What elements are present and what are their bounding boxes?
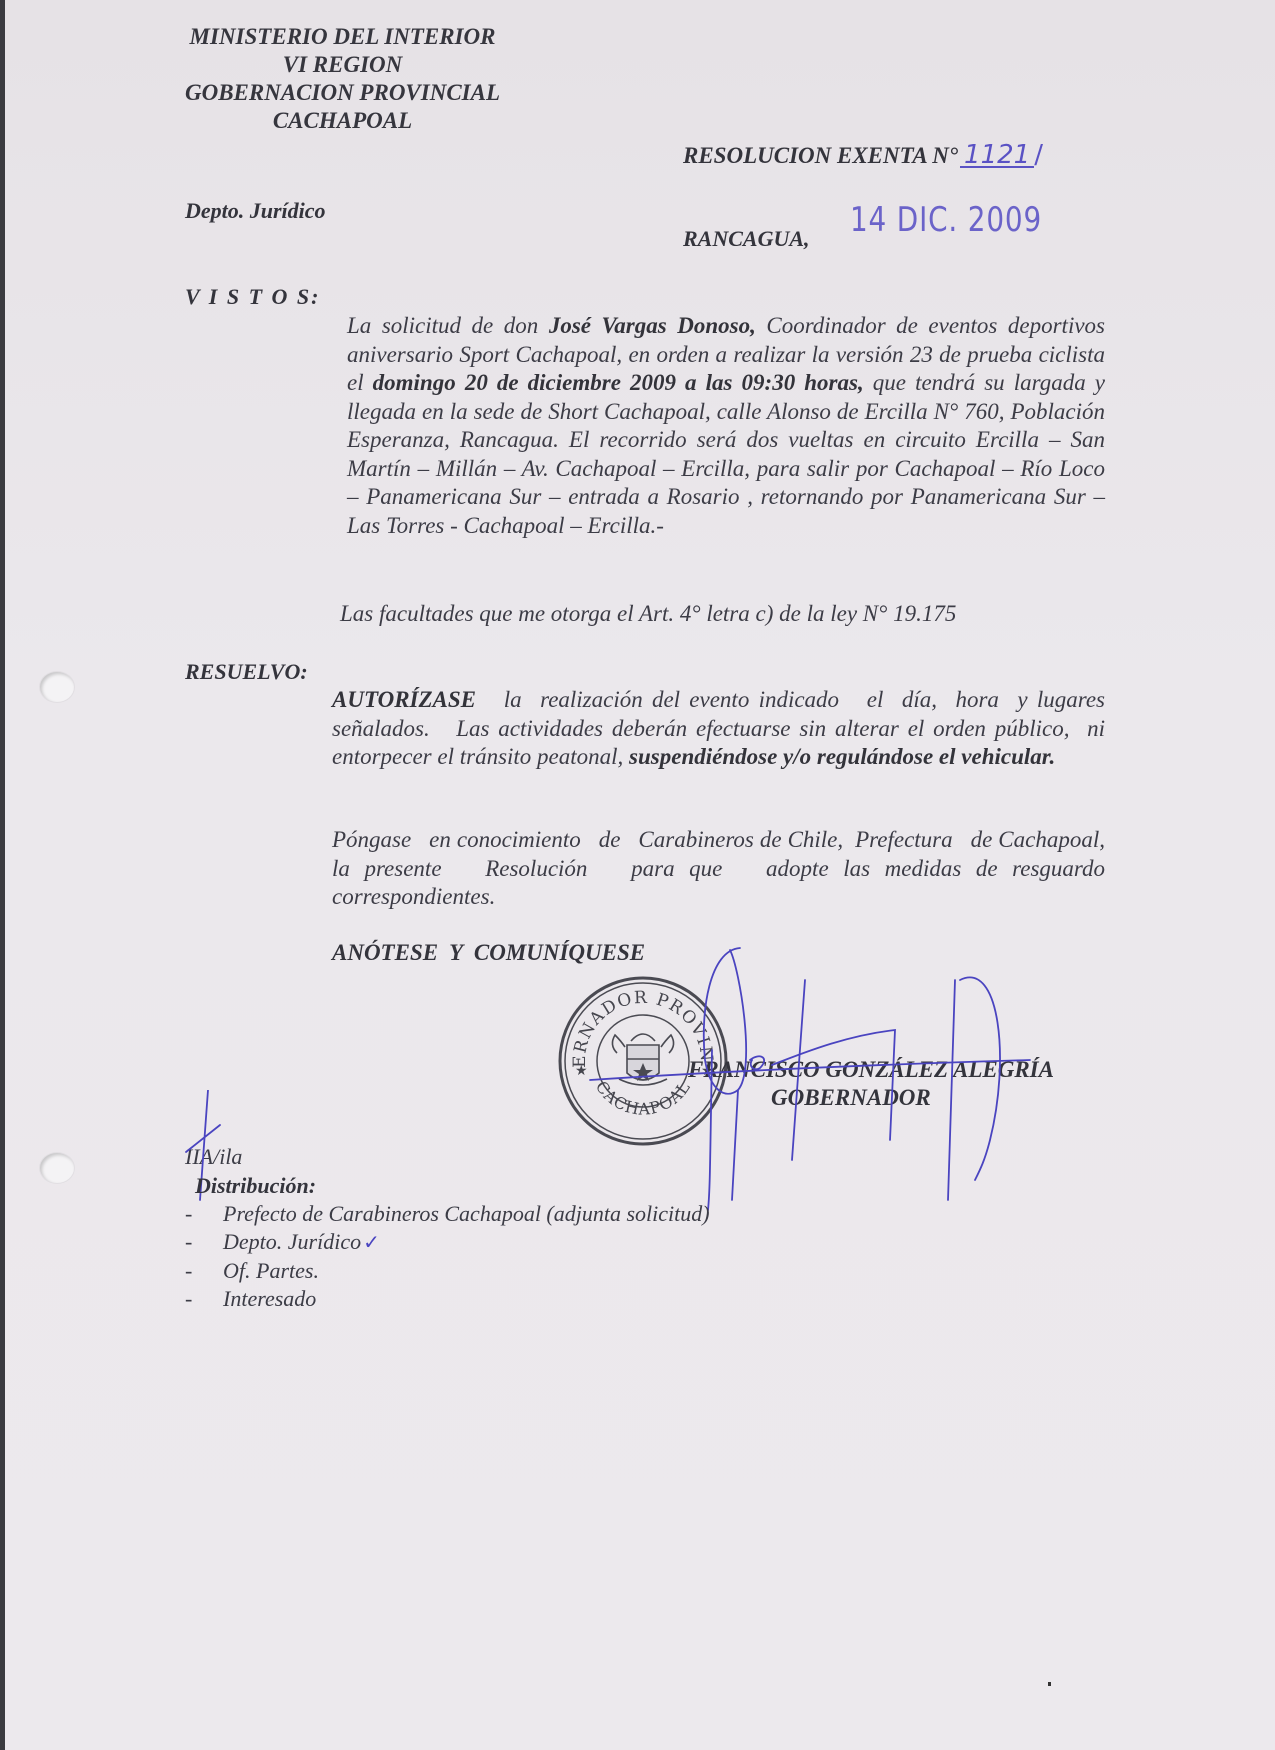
distribution-label: Distribución: [195,1173,316,1199]
handwritten-signature [560,940,1060,1220]
department-label: Depto. Jurídico [185,198,326,224]
letterhead: MINISTERIO DEL INTERIOR VI REGION GOBERN… [160,23,525,135]
distribution-item-label: Depto. Jurídico [223,1229,361,1254]
letterhead-line: MINISTERIO DEL INTERIOR [160,23,525,51]
distribution-item-label: Of. Partes. [223,1258,319,1283]
scan-edge [0,0,5,1750]
letterhead-line: CACHAPOAL [160,107,525,135]
distribution-item: -Interesado [185,1285,710,1313]
resolution-number-handwritten: 1121 [960,144,1034,168]
punch-hole [40,672,74,702]
event-datetime: domingo 20 de diciembre 2009 a las 09:30… [373,370,864,395]
traffic-clause: suspendiéndose y/o regulándose el vehicu… [629,744,1055,769]
resolution-number: RESOLUCION EXENTA N°1121/ [683,140,1043,170]
letterhead-line: GOBERNACION PROVINCIAL [160,79,525,107]
resuelvo-label: RESUELVO: [185,659,308,685]
distribution-item: -Prefecto de Carabineros Cachapoal (adju… [185,1200,710,1228]
date-stamp: 14 DIC. 2009 [850,200,1042,240]
letterhead-line: VI REGION [160,51,525,79]
document-page: MINISTERIO DEL INTERIOR VI REGION GOBERN… [0,0,1275,1750]
distribution-item: -Depto. Jurídico✓ [185,1228,710,1257]
resolution-label: RESOLUCION EXENTA N° [683,143,958,168]
notification-paragraph: Póngase en conocimiento de Carabineros d… [332,826,1105,912]
vistos-paragraph: La solicitud de don José Vargas Donoso, … [347,312,1105,540]
place-label: RANCAGUA, [683,226,810,252]
resuelvo-paragraph: AUTORÍZASE la realización del evento ind… [332,686,1105,772]
distribution-item-label: Interesado [223,1286,316,1311]
text-run: que tendrá su largada y llegada en la se… [347,370,1105,538]
legal-basis-paragraph: Las facultades que me otorga el Art. 4° … [340,600,1120,629]
text-run: La solicitud de don [347,313,549,338]
applicant-name: José Vargas Donoso, [549,313,756,338]
checkmark-icon: ✓ [363,1232,380,1254]
distribution-item: -Of. Partes. [185,1257,710,1285]
vistos-label: V I S T O S: [185,284,320,310]
authorize-keyword: AUTORÍZASE [332,687,476,712]
distribution-item-label: Prefecto de Carabineros Cachapoal (adjun… [223,1201,710,1226]
distribution-list: -Prefecto de Carabineros Cachapoal (adju… [185,1200,710,1313]
speck [1048,1682,1051,1686]
punch-hole [40,1153,74,1183]
